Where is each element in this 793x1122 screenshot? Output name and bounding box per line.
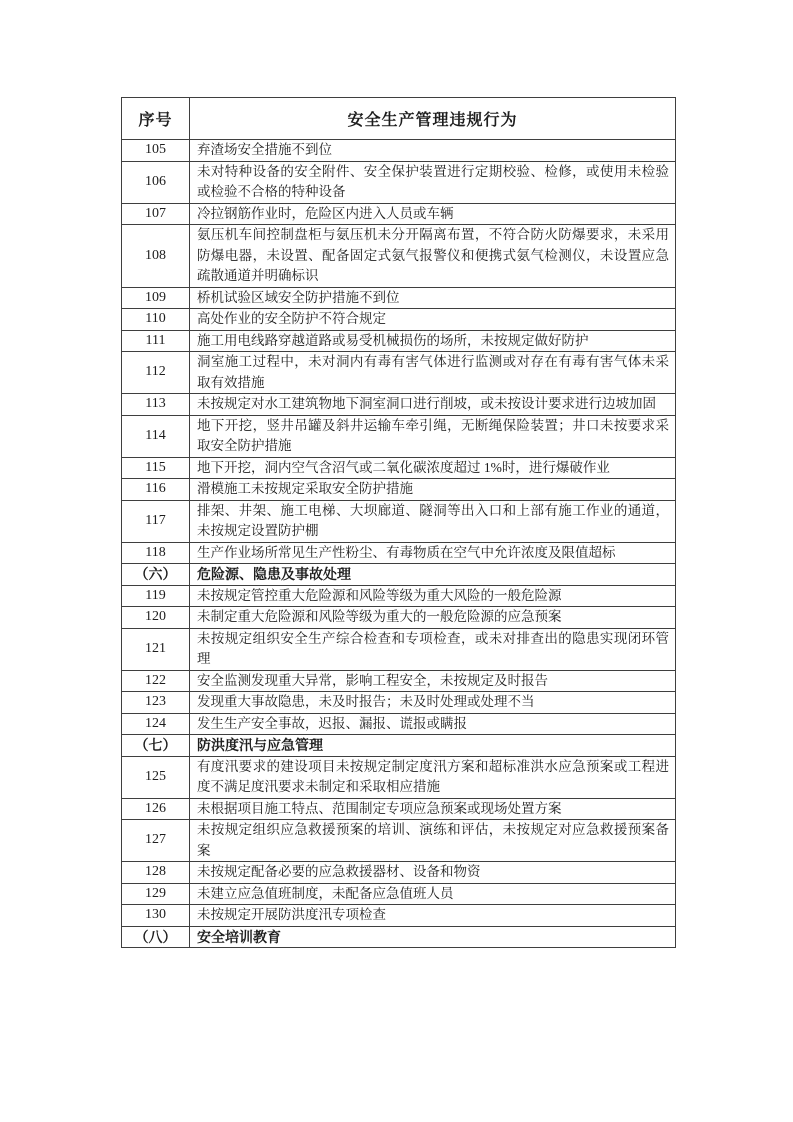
- table-row: 116滑模施工未按规定采取安全防护措施: [122, 479, 676, 501]
- header-seq: 序号: [122, 98, 190, 140]
- row-number: 126: [122, 798, 190, 820]
- table-header-row: 序号 安全生产管理违规行为: [122, 98, 676, 140]
- row-number: 115: [122, 457, 190, 479]
- table-row: 111施工用电线路穿越道路或易受机械损伤的场所，未按规定做好防护: [122, 330, 676, 352]
- row-text: 未按规定开展防洪度汛专项检查: [190, 905, 676, 927]
- row-text: 有度汛要求的建设项目未按规定制定度汛方案和超标准洪水应急预案或工程进度不满足度汛…: [190, 756, 676, 798]
- row-text: 未按规定对水工建筑物地下洞室洞口进行削坡，或未按设计要求进行边坡加固: [190, 394, 676, 416]
- row-text: 地下开挖，竖井吊罐及斜井运输车牵引绳，无断绳保险装置；井口未按要求采取安全防护措…: [190, 415, 676, 457]
- row-text: 未按规定组织安全生产综合检查和专项检查，或未对排查出的隐患实现闭环管理: [190, 628, 676, 670]
- table-row: 121未按规定组织安全生产综合检查和专项检查，或未对排查出的隐患实现闭环管理: [122, 628, 676, 670]
- row-number: 129: [122, 883, 190, 905]
- row-number: 114: [122, 415, 190, 457]
- table-row: 112洞室施工过程中，未对洞内有毒有害气体进行监测或对存在有毒有害气体未采取有效…: [122, 352, 676, 394]
- table-row: 125有度汛要求的建设项目未按规定制定度汛方案和超标准洪水应急预案或工程进度不满…: [122, 756, 676, 798]
- table-row: 130未按规定开展防洪度汛专项检查: [122, 905, 676, 927]
- row-number: （六）: [122, 564, 190, 586]
- row-number: 106: [122, 161, 190, 203]
- header-title: 安全生产管理违规行为: [190, 98, 676, 140]
- row-text: 防洪度汛与应急管理: [190, 735, 676, 757]
- violations-table: 序号 安全生产管理违规行为 105弃渣场安全措施不到位106未对特种设备的安全附…: [121, 97, 676, 948]
- table-row: 114地下开挖，竖井吊罐及斜井运输车牵引绳，无断绳保险装置；井口未按要求采取安全…: [122, 415, 676, 457]
- table-row: 115地下开挖，洞内空气含沼气或二氧化碳浓度超过 1%时，进行爆破作业: [122, 457, 676, 479]
- table-row: 120未制定重大危险源和风险等级为重大的一般危险源的应急预案: [122, 607, 676, 629]
- section-row: （六）危险源、隐患及事故处理: [122, 564, 676, 586]
- row-number: 112: [122, 352, 190, 394]
- row-number: 118: [122, 542, 190, 564]
- table-row: 108氨压机车间控制盘柜与氨压机未分开隔离布置，不符合防火防爆要求，未采用防爆电…: [122, 225, 676, 288]
- table-row: 128未按规定配备必要的应急救援器材、设备和物资: [122, 862, 676, 884]
- row-text: 未根据项目施工特点、范围制定专项应急预案或现场处置方案: [190, 798, 676, 820]
- row-number: （七）: [122, 735, 190, 757]
- row-text: 洞室施工过程中，未对洞内有毒有害气体进行监测或对存在有毒有害气体未采取有效措施: [190, 352, 676, 394]
- row-text: 弃渣场安全措施不到位: [190, 140, 676, 162]
- table-row: 124发生生产安全事故，迟报、漏报、谎报或瞒报: [122, 713, 676, 735]
- row-text: 发生生产安全事故，迟报、漏报、谎报或瞒报: [190, 713, 676, 735]
- table-row: 105弃渣场安全措施不到位: [122, 140, 676, 162]
- row-number: 113: [122, 394, 190, 416]
- row-text: 安全监测发现重大异常，影响工程安全，未按规定及时报告: [190, 670, 676, 692]
- row-number: 130: [122, 905, 190, 927]
- row-number: 105: [122, 140, 190, 162]
- row-text: 未制定重大危险源和风险等级为重大的一般危险源的应急预案: [190, 607, 676, 629]
- row-number: 128: [122, 862, 190, 884]
- row-number: 116: [122, 479, 190, 501]
- row-number: 123: [122, 692, 190, 714]
- row-number: 120: [122, 607, 190, 629]
- table-row: 110高处作业的安全防护不符合规定: [122, 309, 676, 331]
- table-row: 123发现重大事故隐患，未及时报告；未及时处理或处理不当: [122, 692, 676, 714]
- section-row: （七）防洪度汛与应急管理: [122, 735, 676, 757]
- table-row: 106未对特种设备的安全附件、安全保护装置进行定期校验、检修，或使用未检验或检验…: [122, 161, 676, 203]
- row-number: 122: [122, 670, 190, 692]
- table-body: 105弃渣场安全措施不到位106未对特种设备的安全附件、安全保护装置进行定期校验…: [122, 140, 676, 948]
- row-text: 地下开挖，洞内空气含沼气或二氧化碳浓度超过 1%时，进行爆破作业: [190, 457, 676, 479]
- table-row: 126未根据项目施工特点、范围制定专项应急预案或现场处置方案: [122, 798, 676, 820]
- table-row: 113未按规定对水工建筑物地下洞室洞口进行削坡，或未按设计要求进行边坡加固: [122, 394, 676, 416]
- table-row: 122安全监测发现重大异常，影响工程安全，未按规定及时报告: [122, 670, 676, 692]
- row-text: 排架、井架、施工电梯、大坝廊道、隧洞等出入口和上部有施工作业的通道，未按规定设置…: [190, 500, 676, 542]
- table-row: 127未按规定组织应急救援预案的培训、演练和评估，未按规定对应急救援预案备案: [122, 820, 676, 862]
- row-number: 109: [122, 287, 190, 309]
- row-text: 未建立应急值班制度，未配备应急值班人员: [190, 883, 676, 905]
- row-text: 安全培训教育: [190, 926, 676, 948]
- table-row: 109桥机试验区域安全防护措施不到位: [122, 287, 676, 309]
- table-row: 117排架、井架、施工电梯、大坝廊道、隧洞等出入口和上部有施工作业的通道，未按规…: [122, 500, 676, 542]
- row-number: 124: [122, 713, 190, 735]
- row-text: 高处作业的安全防护不符合规定: [190, 309, 676, 331]
- row-number: 125: [122, 756, 190, 798]
- row-number: 121: [122, 628, 190, 670]
- document-page: 序号 安全生产管理违规行为 105弃渣场安全措施不到位106未对特种设备的安全附…: [0, 0, 793, 1122]
- row-number: 108: [122, 225, 190, 288]
- row-text: 滑模施工未按规定采取安全防护措施: [190, 479, 676, 501]
- row-number: 107: [122, 203, 190, 225]
- section-row: （八）安全培训教育: [122, 926, 676, 948]
- row-text: 危险源、隐患及事故处理: [190, 564, 676, 586]
- row-number: （八）: [122, 926, 190, 948]
- row-text: 未按规定组织应急救援预案的培训、演练和评估，未按规定对应急救援预案备案: [190, 820, 676, 862]
- row-text: 生产作业场所常见生产性粉尘、有毒物质在空气中允许浓度及限值超标: [190, 542, 676, 564]
- row-number: 119: [122, 585, 190, 607]
- row-number: 111: [122, 330, 190, 352]
- row-text: 未对特种设备的安全附件、安全保护装置进行定期校验、检修，或使用未检验或检验不合格…: [190, 161, 676, 203]
- row-text: 未按规定配备必要的应急救援器材、设备和物资: [190, 862, 676, 884]
- row-number: 110: [122, 309, 190, 331]
- row-number: 127: [122, 820, 190, 862]
- table-row: 107冷拉钢筋作业时，危险区内进入人员或车辆: [122, 203, 676, 225]
- row-text: 氨压机车间控制盘柜与氨压机未分开隔离布置，不符合防火防爆要求，未采用防爆电器，未…: [190, 225, 676, 288]
- row-number: 117: [122, 500, 190, 542]
- row-text: 发现重大事故隐患，未及时报告；未及时处理或处理不当: [190, 692, 676, 714]
- table-row: 119未按规定管控重大危险源和风险等级为重大风险的一般危险源: [122, 585, 676, 607]
- row-text: 未按规定管控重大危险源和风险等级为重大风险的一般危险源: [190, 585, 676, 607]
- table-row: 118生产作业场所常见生产性粉尘、有毒物质在空气中允许浓度及限值超标: [122, 542, 676, 564]
- table-row: 129未建立应急值班制度，未配备应急值班人员: [122, 883, 676, 905]
- row-text: 桥机试验区域安全防护措施不到位: [190, 287, 676, 309]
- row-text: 冷拉钢筋作业时，危险区内进入人员或车辆: [190, 203, 676, 225]
- row-text: 施工用电线路穿越道路或易受机械损伤的场所，未按规定做好防护: [190, 330, 676, 352]
